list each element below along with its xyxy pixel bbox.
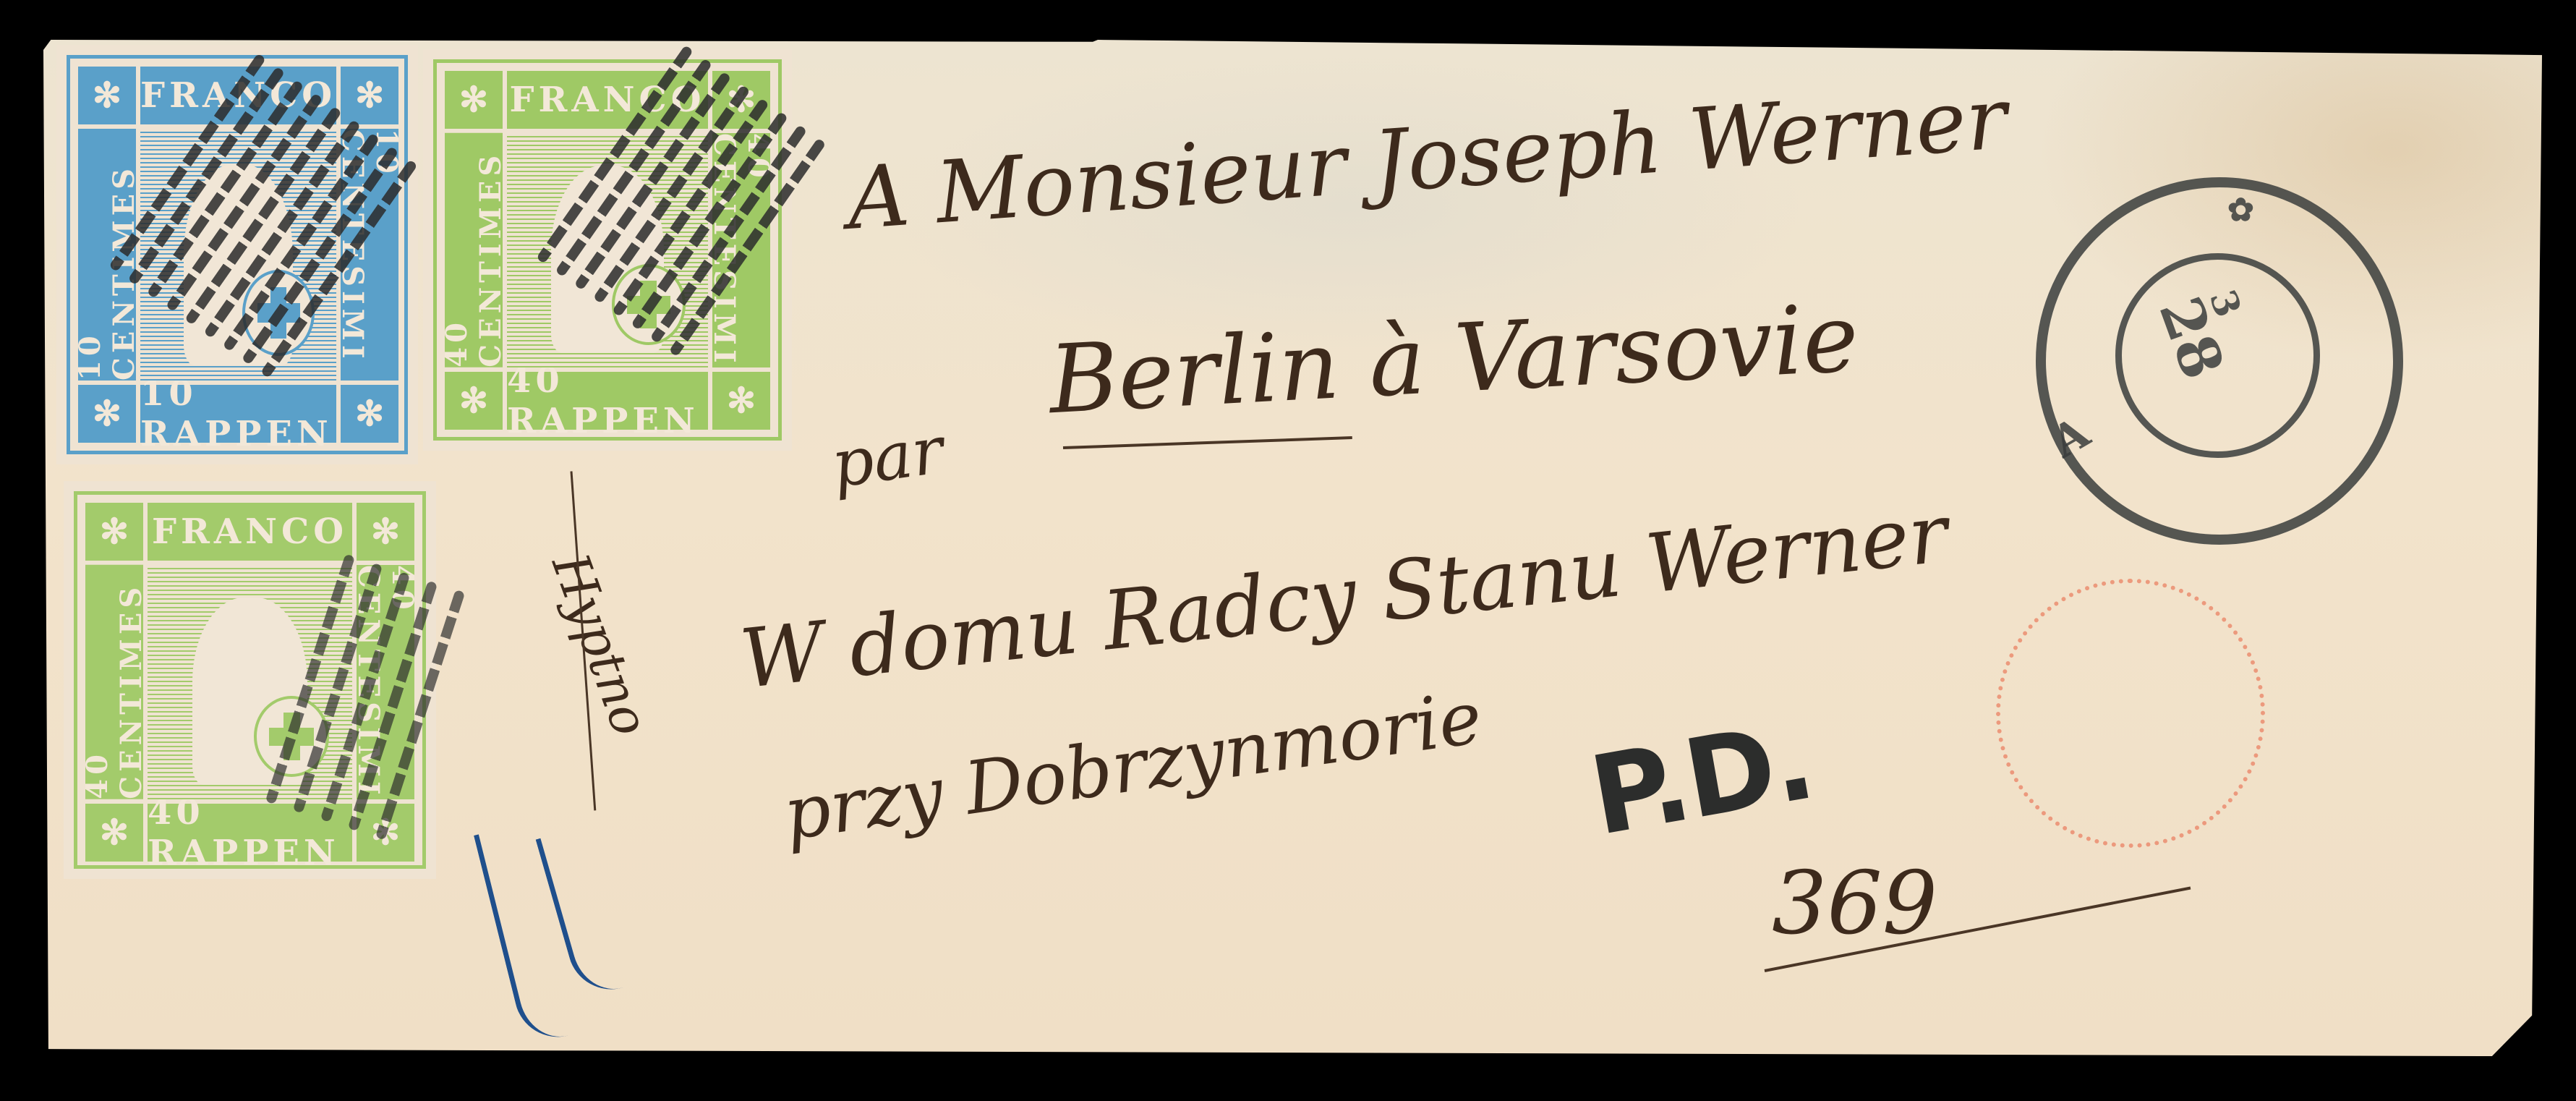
- stamp-left-label: 10 CENTIMES: [78, 129, 136, 381]
- star-icon: ✻: [712, 372, 770, 430]
- stamp-40-rappen-bottom: ✻ FRANCO ✻ 40 CENTIMES 40 CENTESIMI ✻ 40…: [64, 481, 436, 879]
- star-icon: ✻: [357, 503, 414, 561]
- helvetia-figure: [140, 129, 336, 381]
- stamp-top-label: FRANCO: [148, 503, 352, 561]
- stamp-40-rappen-top: ✻ FRANCO ✻ 40 CENTIMES 40 CENTESIMI ✻ 40…: [423, 49, 792, 451]
- star-icon: ✻: [85, 503, 143, 561]
- stamp-right-label: 10 CENTESIMI: [341, 129, 398, 381]
- stamp-right-label: 40 CENTESIMI: [357, 565, 414, 799]
- stamp-bottom-label: 40 RAPPEN: [507, 372, 708, 430]
- stamp-bottom-label: 40 RAPPEN: [148, 804, 352, 862]
- stamp-top-label: FRANCO: [507, 71, 708, 129]
- star-icon: ✻: [712, 71, 770, 129]
- star-icon: ✻: [341, 67, 398, 124]
- crown-icon: ✿: [2227, 192, 2254, 229]
- stamp-left-label: 40 CENTIMES: [85, 565, 143, 799]
- red-transit-mark: [1996, 579, 2265, 848]
- stamp-left-label: 40 CENTIMES: [445, 133, 503, 367]
- helvetia-figure: [507, 133, 708, 367]
- address-line-2-prefix: par: [827, 412, 947, 503]
- helvetia-figure: [148, 565, 352, 799]
- star-icon: ✻: [445, 71, 503, 129]
- star-icon: ✻: [445, 372, 503, 430]
- swiss-cross-icon: [242, 270, 315, 356]
- stamp-right-label: 40 CENTESIMI: [712, 133, 770, 367]
- star-icon: ✻: [85, 804, 143, 862]
- swiss-cross-icon: [612, 264, 686, 345]
- star-icon: ✻: [78, 385, 136, 443]
- star-icon: ✻: [78, 67, 136, 124]
- stamp-top-label: FRANCO: [140, 67, 336, 124]
- stamp-bottom-label: 10 RAPPEN: [140, 385, 336, 443]
- stamp-10-rappen: ✻ FRANCO ✻ 10 CENTIMES 10 CENTESIMI ✻ 10…: [56, 45, 418, 464]
- star-icon: ✻: [357, 804, 414, 862]
- charge-number: 369: [1772, 854, 1937, 954]
- swiss-cross-icon: [254, 696, 329, 777]
- star-icon: ✻: [341, 385, 398, 443]
